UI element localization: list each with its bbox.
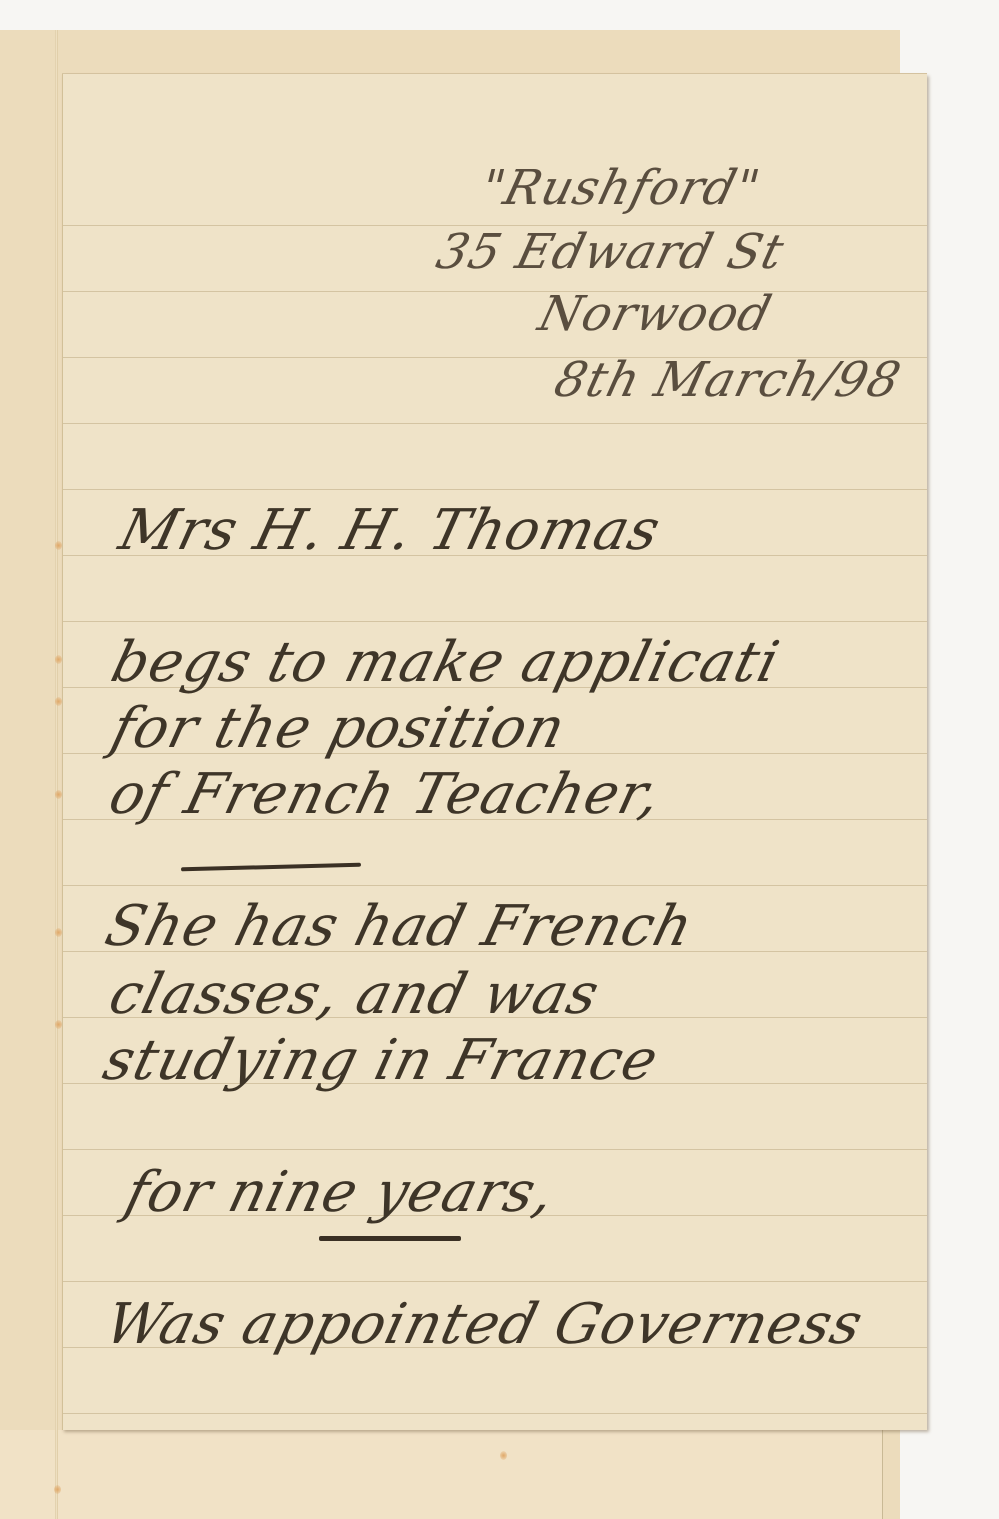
underline-nine [319, 1236, 461, 1241]
letter-date: 8th March/98 [549, 352, 907, 408]
ruled-line [63, 291, 927, 292]
foxing-stain [54, 1485, 61, 1494]
foxing-stain [55, 790, 62, 799]
address-suburb: Norwood [533, 286, 777, 342]
body-line-7: studying in France [97, 1028, 665, 1093]
body-line-3: for the position [105, 696, 572, 761]
back-sheet-lower [0, 1430, 883, 1519]
foxing-stain [55, 541, 62, 550]
ruled-line [63, 621, 927, 622]
body-line-1: Mrs H. H. Thomas [113, 498, 667, 563]
body-line-9: Was appointed Governess [99, 1292, 870, 1357]
address-house-name: "Rushford" [475, 160, 766, 216]
address-street: 35 Edward St [431, 224, 790, 280]
ruled-line [63, 489, 927, 490]
foxing-stain [55, 1020, 62, 1029]
body-line-5: She has had French [99, 894, 700, 959]
body-line-4: of French Teacher, [103, 762, 668, 827]
ruled-line [63, 885, 927, 886]
foxing-stain [55, 697, 62, 706]
body-line-2: begs to make applicati [105, 630, 786, 695]
ruled-line [63, 1413, 927, 1414]
ruled-line [63, 1149, 927, 1150]
foxing-stain [500, 1451, 507, 1460]
body-line-6: classes, and was [103, 962, 606, 1027]
body-line-8: for nine years, [119, 1160, 562, 1225]
ruled-line [63, 423, 927, 424]
ruled-line [63, 1281, 927, 1282]
letter-page: "Rushford" 35 Edward St Norwood 8th Marc… [62, 74, 927, 1430]
foxing-stain [55, 928, 62, 937]
fold-crease [55, 30, 58, 1519]
foxing-stain [55, 655, 62, 664]
underline-french [181, 863, 361, 872]
